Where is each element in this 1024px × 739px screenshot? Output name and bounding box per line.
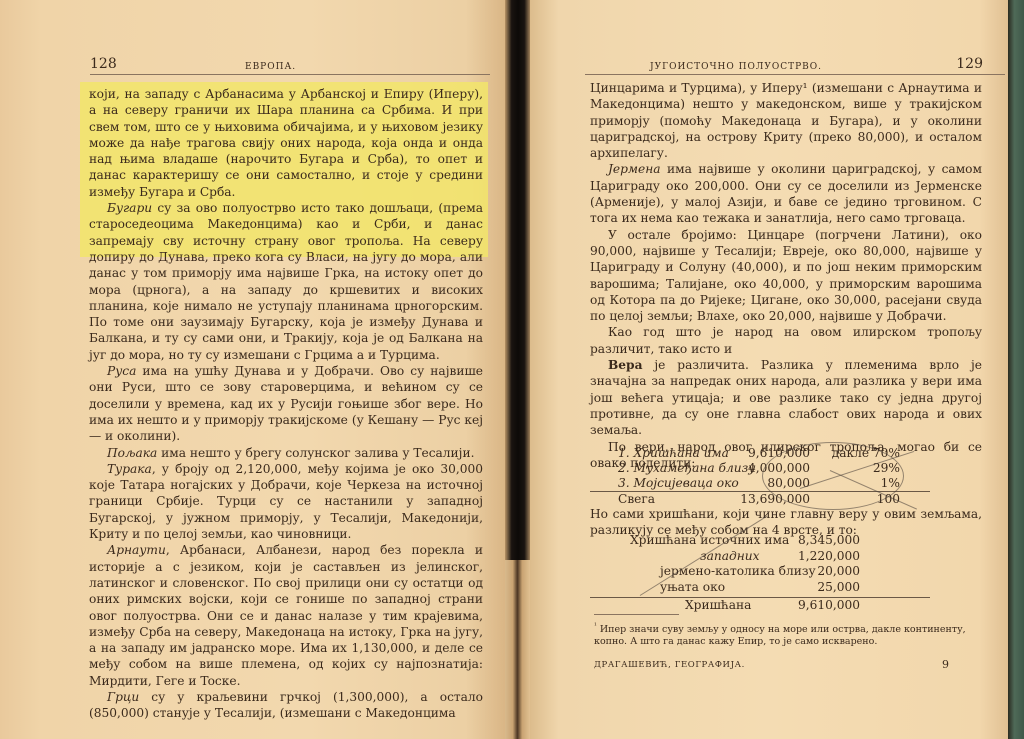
table-row: западних 1,220,000 <box>590 549 930 565</box>
page-number: 128 <box>90 56 117 72</box>
table-row: јермено-католика близу 20,000 <box>590 564 930 580</box>
paragraph: Турака, у броју од 2,120,000, међу којим… <box>89 461 483 542</box>
sheet-number: 9 <box>942 658 949 671</box>
paragraph: У остале бројимо: Цинцаре (погрчени Лати… <box>590 227 982 325</box>
right-page-body: Цинцарима и Турцима), у Иперу¹ (измешани… <box>590 80 982 471</box>
paragraph: Вера је различита. Разлика у племенима в… <box>590 357 982 438</box>
left-page: 128 ЕВРОПА. који, на западу с Арбанасима… <box>0 0 506 739</box>
left-page-header: 128 ЕВРОПА. <box>90 58 490 75</box>
book-cover-edge <box>1008 0 1024 739</box>
table-row: Хришћана источних има 8,345,000 <box>590 533 930 549</box>
table-total-row: Хришћана 9,610,000 <box>590 597 930 614</box>
paragraph: Пољака има нешто у брегу солунског залив… <box>89 445 483 461</box>
paragraph: Грци су у краљевини грчкој (1,300,000), … <box>89 689 483 722</box>
left-page-body: који, на западу с Арбанасима у Арбанској… <box>89 86 483 722</box>
page-number: 129 <box>956 56 983 72</box>
paragraph: који, на западу с Арбанасима у Арбанској… <box>89 86 483 200</box>
running-title: ЈУГОИСТОЧНО ПОЛУОСТРВО. <box>650 59 822 75</box>
paragraph: Бугари су за ово полуострво исто тако до… <box>89 200 483 363</box>
right-page-header: ЈУГОИСТОЧНО ПОЛУОСТРВО. 129 <box>585 58 1005 75</box>
christian-table: Хришћана источних има 8,345,000 западних… <box>590 533 930 614</box>
signature-line: ДРАГАШЕВИЋ, ГЕОГРАФИЈА. <box>594 660 745 670</box>
paragraph: Јермена има највише у околини цариградск… <box>590 161 982 226</box>
paragraph: Арнаути, Арбанаси, Албанези, народ без п… <box>89 542 483 689</box>
book-spine-lower <box>505 560 531 739</box>
right-page: ЈУГОИСТОЧНО ПОЛУОСТРВО. 129 Цинцарима и … <box>530 0 1008 739</box>
paragraph: Руса има на ушћу Дунава и у Добрачи. Ово… <box>89 363 483 444</box>
book-spread: 128 ЕВРОПА. који, на западу с Арбанасима… <box>0 0 1024 739</box>
paragraph: Као год што је народ на овом илирском тр… <box>590 324 982 357</box>
footnote-rule <box>594 614 679 615</box>
footnote: ¹ Ипер значи суву земљу у односу на море… <box>594 620 984 648</box>
paragraph: Цинцарима и Турцима), у Иперу¹ (измешани… <box>590 80 982 161</box>
running-title: ЕВРОПА. <box>245 59 296 75</box>
